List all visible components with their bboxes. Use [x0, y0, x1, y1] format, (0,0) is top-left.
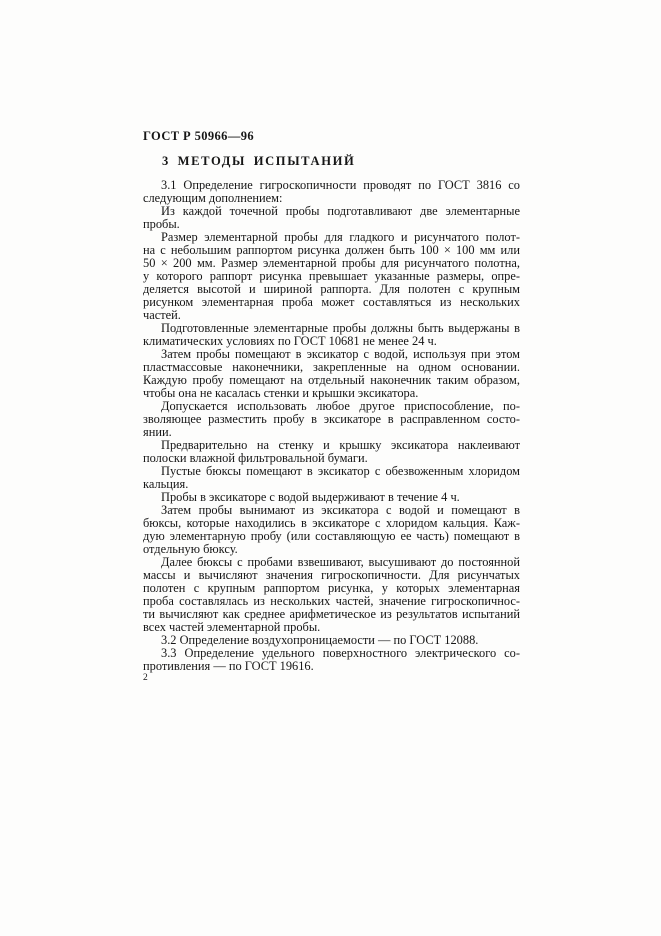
paragraphs: 3.1 Определение гигроскопичности проводя… [143, 179, 520, 673]
text-line: противления — по ГОСТ 19616. [143, 660, 520, 673]
paragraph: Размер элементарной пробы для гладкого и… [143, 231, 520, 322]
paragraph: 3.3 Определение удельного поверхностного… [143, 647, 520, 673]
paragraph: Пустые бюксы помещают в эксикатор с обез… [143, 465, 520, 491]
text-line: рисунком элементарная проба может состав… [143, 296, 520, 309]
paragraph: Предварительно на стенку и крышку эксика… [143, 439, 520, 465]
standard-code: ГОСТ Р 50966—96 [143, 129, 254, 144]
paragraph: Далее бюксы с пробами взвешивают, высуши… [143, 556, 520, 634]
paragraph: Затем пробы вынимают из эксикатора с вод… [143, 504, 520, 556]
page-number: 2 [143, 673, 148, 683]
paragraph: Допускается использовать любое другое пр… [143, 400, 520, 439]
paragraph: 3.1 Определение гигроскопичности проводя… [143, 179, 520, 205]
paragraph: Из каждой точечной пробы подготавливают … [143, 205, 520, 231]
paragraph: Затем пробы помещают в эксикатор с водой… [143, 348, 520, 400]
text-line: Пустые бюксы помещают в эксикатор с обез… [143, 465, 520, 478]
text-line: зволяющее разместить пробу в эксикаторе … [143, 413, 520, 426]
text-line: Из каждой точечной пробы подготавливают … [143, 205, 520, 218]
document-page: ГОСТ Р 50966—96 3 МЕТОДЫ ИСПЫТАНИЙ 3.1 О… [0, 0, 661, 936]
paragraph: Подготовленные элементарные пробы должны… [143, 322, 520, 348]
section-heading: 3 МЕТОДЫ ИСПЫТАНИЙ [162, 154, 355, 169]
